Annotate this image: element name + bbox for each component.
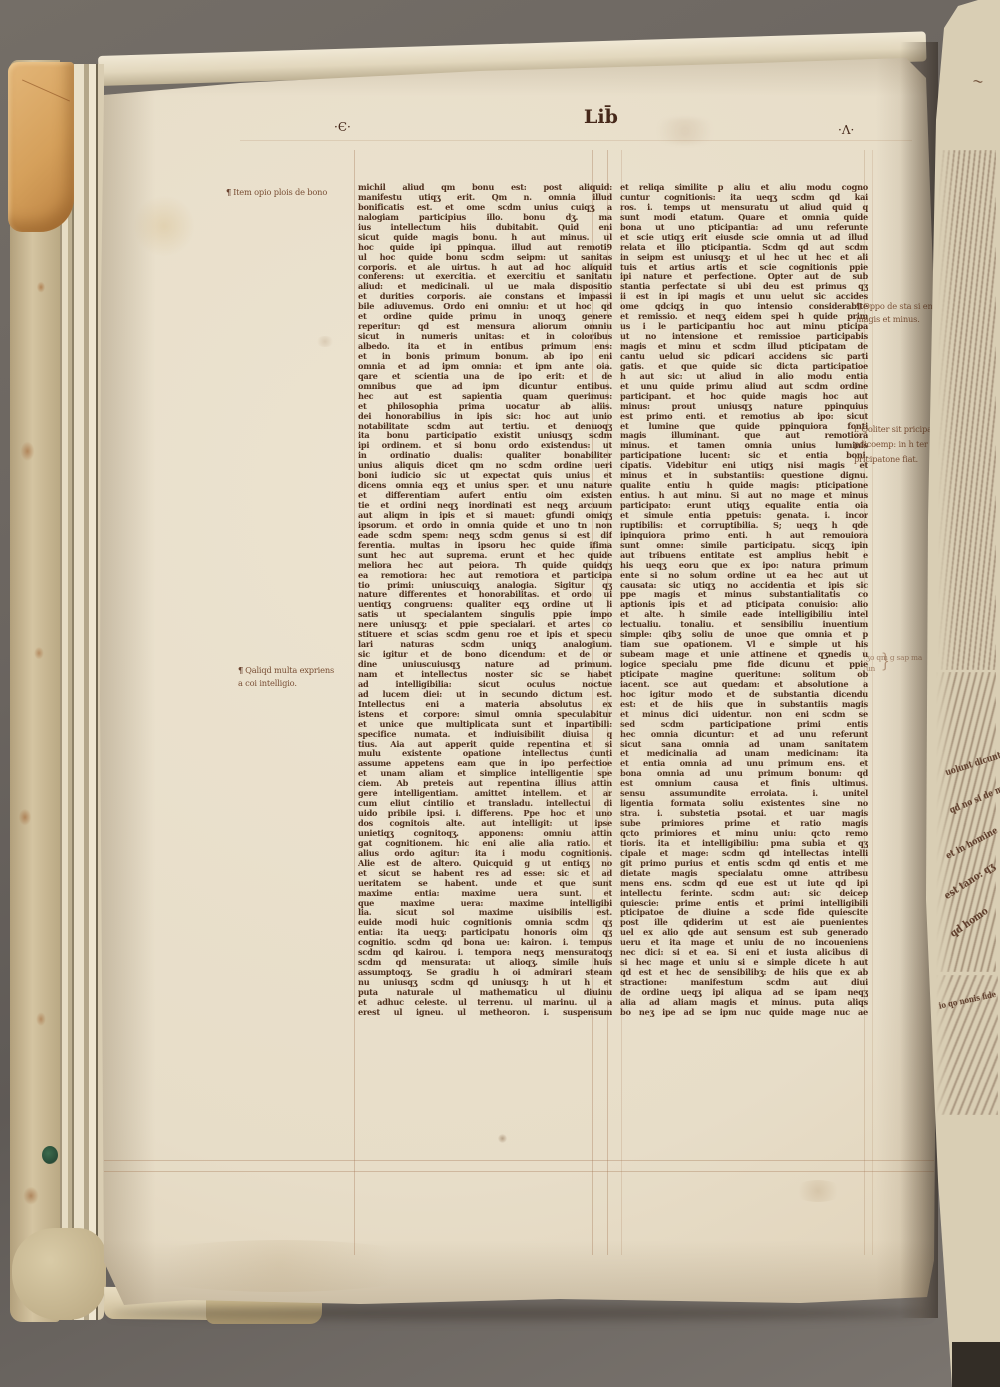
text-line: magis et minu et scdm illud pticipatam d…: [620, 342, 868, 352]
text-line: et durities corporis. aie constans et im…: [358, 292, 612, 302]
text-line: et unu quide primu aliud aut scdm ordine: [620, 382, 868, 392]
parchment-discoloration: [460, 620, 700, 980]
text-line: magis illuminant. que aut remotiora: [620, 431, 868, 441]
margin-note-text: a coi intelligio.: [238, 677, 378, 690]
text-line: ipinquiora primo enti. h aut remouiora: [620, 531, 868, 541]
text-line: eade scdm spem: neqʒ scdm genus si est d…: [358, 531, 612, 541]
text-line: et remissio. et neqʒ eidem spei h quide …: [620, 312, 868, 322]
parchment-stain: [132, 196, 196, 256]
text-line: aut tribuens entitate est amplius hebit …: [620, 551, 868, 561]
text-line: us i le participantiu hoc aut minu ptici…: [620, 322, 868, 332]
text-line: ipsorum. et ordo in omnia quide et uno t…: [358, 521, 612, 531]
ink-dot: [498, 1134, 507, 1143]
margin-note-left-mid: ¶Qaliqd multa expriens a coi intelligio.: [238, 664, 378, 690]
text-line: michil aliud qm bonu est: post aliquid:: [358, 183, 612, 193]
text-line: lectualiu. tonaliu. et sensibiliu inuent…: [620, 620, 868, 630]
manuscript-photo: ·Є· Lib̄ ·Λ· michil aliud qm bonu est: p…: [0, 0, 1000, 1387]
green-stain-spot: [42, 1146, 58, 1164]
text-line: de ordine ueqʒ ipi aliqua ad se ipam neq…: [620, 988, 868, 998]
text-line: ppe magis et minus substantialitatis co: [620, 590, 868, 600]
text-line: minus et in substantiis: questione dignu…: [620, 471, 868, 481]
text-line: corporis. et ale uirtus. h aut ad hoc al…: [358, 263, 612, 273]
text-line: reperitur: qd est mensura aliorum omniu: [358, 322, 612, 332]
margin-note-text: Item opio plois de bono: [233, 187, 327, 197]
text-line: ita bonu participatio existit uniusqʒ sc…: [358, 431, 612, 441]
text-line: entius. h aut minu. Si aut no mage et mi…: [620, 491, 868, 501]
leather-corner-tab: [8, 62, 74, 232]
text-line: et differentiam aufert entiu oim existen: [358, 491, 612, 501]
text-line: sunt modi etatum. Quare et omnia quide: [620, 213, 868, 223]
text-line: tiam sue opationem. Vl e simple ut his: [620, 640, 868, 650]
page-drop-shadow: [110, 1306, 930, 1320]
text-line: boni iudicio sic ut expectat quis unius …: [358, 471, 612, 481]
text-line: ros. i. temps ut mensuratu ut aliud quid…: [620, 203, 868, 213]
text-line: participatione lucent: sic et entia boni…: [620, 451, 868, 461]
text-line: in seipm est uniusqʒ: et ul hec ut hec e…: [620, 253, 868, 263]
text-line: sunt omne: simile participatu. sicqʒ ipi…: [620, 541, 868, 551]
ruling-line-vertical: [354, 150, 355, 1255]
text-line: dei honorabilius in ipis sic: hoc aut un…: [358, 412, 612, 422]
text-line: notabilitate scdm aut tertiu. et denuoqʒ: [358, 422, 612, 432]
text-line: aliud: et medicinali. ul ue mala disposi…: [358, 282, 612, 292]
text-line: hec aut est sapientia quam querimus:: [358, 392, 612, 402]
text-line: stractione: manifestum scdm aut diui: [620, 978, 868, 988]
small-stain: [316, 336, 334, 347]
text-line: meliora hec aut peiora. Th quide quidqʒ: [358, 561, 612, 571]
text-line: tuis et artius artis et scie cognitionis…: [620, 263, 868, 273]
crumpled-corner: [12, 1228, 106, 1320]
text-line: cantu uelud sic pdicari accidens sic par…: [620, 352, 868, 362]
text-line: sicut in numeris unitas: et in coloribus: [358, 332, 612, 342]
paraph-mark: ¶: [226, 187, 231, 197]
header-right-mark: ·Λ·: [838, 123, 854, 137]
curl-top-mark: ~: [971, 73, 985, 90]
text-line: h aut sic: ut aliud in alio modu entia: [620, 372, 868, 382]
text-line: uentiqʒ congruens: qualiter eqʒ ordine u…: [358, 600, 612, 610]
text-line: et reliqa similite p aliu et aliu modu c…: [620, 183, 868, 193]
margin-note-text: Qaliqd multa expriens: [245, 665, 334, 675]
text-line: in ordinatio dualis: qualiter bonabilite…: [358, 451, 612, 461]
text-line: qualite entiu h quide magis: pticipation…: [620, 481, 868, 491]
text-line: ius intellectum hiis dubitabit. Quid eni: [358, 223, 612, 233]
paraph-mark: ¶: [238, 665, 243, 675]
text-line: et in bonis primum bonum. ab ipo eni: [358, 352, 612, 362]
text-line: ome qdciqʒ in quo intensio considerabite: [620, 302, 868, 312]
text-line: ipi ordinem. et si bonu ordo existendus:…: [358, 441, 612, 451]
text-line: ea remotiora: hec aut remotiora et parti…: [358, 571, 612, 581]
text-line: ii est in ipi magis et unu uelut sic acc…: [620, 292, 868, 302]
text-line: et alte. h simile eade intelligibiliu in…: [620, 610, 868, 620]
parchment-smudge: [792, 1180, 844, 1202]
header-left-mark: ·Є·: [334, 120, 351, 134]
text-line: qd est et hec de sensibilibʒ: de hiis qu…: [620, 968, 868, 978]
bottom-dark-notch: [952, 1342, 1000, 1387]
bottom-discoloration: [120, 1240, 440, 1292]
text-line: puta naturale ul mathematicu ul diuinu: [358, 988, 612, 998]
text-line: qare et scientia una de ipo erit: et de: [358, 372, 612, 382]
text-line: omnibus que ad ipm dicuntur entibus.: [358, 382, 612, 392]
text-line: et ordine quide primu in unoqʒ genere: [358, 312, 612, 322]
text-line: subeam mage et unie attinene et qʒnedis …: [620, 650, 868, 660]
ruling-line-horizontal: [104, 1171, 934, 1172]
text-line: simple: qibʒ soliu de unoe que omnia et …: [620, 630, 868, 640]
text-line: relata et illo pticipantia. Scdm qd aut …: [620, 243, 868, 253]
text-line: et philosophia prima uocatur ab aliis.: [358, 402, 612, 412]
text-line: alia ad aliam magis et minus. puta aliqs: [620, 998, 868, 1008]
text-line: nature differentes et honorabilitas. et …: [358, 590, 612, 600]
parchment-spine: [10, 60, 60, 1322]
text-line: sicut quide magis bonu. h aut minus. ul: [358, 233, 612, 243]
text-line: ut no intensione et remissioe participab…: [620, 332, 868, 342]
text-line: sunt hec aut suprema. erunt et hec quide: [358, 551, 612, 561]
text-line: ipi nature et perfectione. Opter aut de …: [620, 272, 868, 282]
text-line: his ueqʒ eoru que ex ipo: natura primum: [620, 561, 868, 571]
text-line: ente si no solum ordine ut ea hec aut ut: [620, 571, 868, 581]
text-line: hoc quide ipi ppinqua. illud aut remoti9: [358, 243, 612, 253]
text-line: aut aliqm in ipis et si mauet: gfundi om…: [358, 511, 612, 521]
text-line: omnia et ad ipm omnia: et ipm ante oia.: [358, 362, 612, 372]
ruling-line-horizontal: [240, 140, 912, 141]
text-line: ruptibilis: et corruptibilia. S; ueqʒ h …: [620, 521, 868, 531]
text-line: unius aliquis dicet qm no scdm ordine ue…: [358, 461, 612, 471]
text-line: nalogiam participius illo. bonu dʒ. ma: [358, 213, 612, 223]
text-line: bile adiuvemus. Ordo eni omniu: et ut ho…: [358, 302, 612, 312]
text-line: cuntur cognitionis: ita ueqʒ scdm qd kai: [620, 193, 868, 203]
left-page-edges: [56, 64, 104, 1320]
running-title: Lib̄: [584, 106, 618, 128]
text-line: ul hoc quide bonu scdm seipm: ut sanitas: [358, 253, 612, 263]
text-line: tie et ordini neqʒ inordinati est neqʒ a…: [358, 501, 612, 511]
ruling-line-horizontal: [104, 1160, 934, 1161]
text-line: aptionis ipis et ad pticipata conuisio: …: [620, 600, 868, 610]
text-line: stantia perfectate si ubi deu est primus…: [620, 282, 868, 292]
text-line: bona ut uno pticipantia: ad unu referunt…: [620, 223, 868, 233]
text-line: est primo enti. et remotius ab ipo: sicu…: [620, 412, 868, 422]
text-line: tio primi: uniuscuiqʒ analogia. Sigitur …: [358, 581, 612, 591]
text-line: ueru et ita mage et uniu de no incouenie…: [620, 938, 868, 948]
text-line: ferentia. multas in ipsoru hec quide ifi…: [358, 541, 612, 551]
text-line: participant. et hoc quide magis hoc aut: [620, 392, 868, 402]
text-line: et scie utiqʒ erit eiusde scie omnia ut …: [620, 233, 868, 243]
text-line: minus. et tamen omnia unius luminis: [620, 441, 868, 451]
text-line: satis ut specialantem singulis ppie impo: [358, 610, 612, 620]
compressed-text-lines: [938, 150, 996, 670]
text-line: gatis. et que quide sic dicta participat…: [620, 362, 868, 372]
manuscript-page: ·Є· Lib̄ ·Λ· michil aliud qm bonu est: p…: [0, 0, 1000, 1387]
ink-ghost: [648, 118, 722, 144]
text-line: cipatis. Videbitur eni utiqʒ nisi magis …: [620, 461, 868, 471]
text-line: bo neʒ ipe ad se ipm nuc quide mage nuc …: [620, 1008, 868, 1018]
text-line: dicens omnia eqʒ et unius sper. et unu n…: [358, 481, 612, 491]
text-line: si hec mage et uniu si e simple dicete h…: [620, 958, 868, 968]
margin-note-left-top: ¶Item opio plois de bono: [226, 186, 366, 199]
text-line: participato: erunt utiqʒ equalite entia …: [620, 501, 868, 511]
text-line: et lumine que quide ppinquiora fonti: [620, 422, 868, 432]
text-line: albedo. ita et in entibus primum ens:: [358, 342, 612, 352]
text-line: et simule entia ppetuis: genata. i. inco…: [620, 511, 868, 521]
text-line: erest ul igneu. ul metheoron. i. suspens…: [358, 1008, 612, 1018]
paraph-mark: ¶: [856, 301, 861, 311]
text-line: et adhuc celeste. ul terrenu. ul marinu.…: [358, 998, 612, 1008]
text-line: minus: prout uniusqʒ nature ppinquius: [620, 402, 868, 412]
text-line: conferens: ut exercitia. et exercitiu et…: [358, 272, 612, 282]
text-line: manifestu utiqʒ erit. Qm n. omnia illud: [358, 193, 612, 203]
text-line: causata: sic utiqʒ no accidentia et ipis…: [620, 581, 868, 591]
text-line: bonificatis est. et ome scdm unius cuiqʒ…: [358, 203, 612, 213]
text-line: nec dici: si et ea. Si eni et iusta alic…: [620, 948, 868, 958]
